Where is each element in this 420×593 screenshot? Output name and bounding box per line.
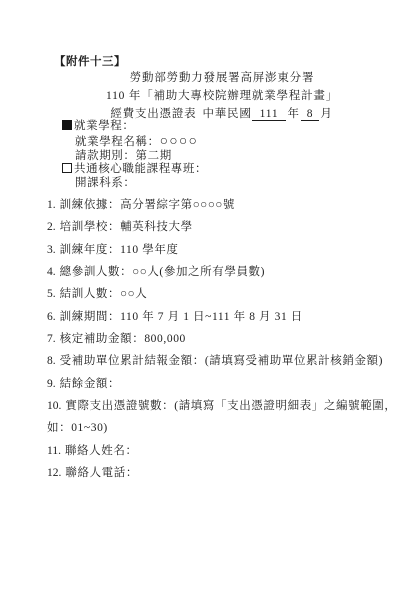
item-contact-name: 11.聯絡人姓名： [47, 440, 420, 462]
item-approved-subsidy: 7.核定補助金額：800,000 [47, 328, 420, 350]
item-cumulative-reported-amount: 8.受補助單位累計結報金額：(請填寫受補助單位累計核銷金額) [47, 350, 420, 372]
program-name-label: 就業學程名稱： [75, 136, 160, 148]
program-name-placeholder: ○○○○ [160, 133, 199, 148]
course-dept-line: 開課科系： [62, 177, 420, 191]
item-training-year: 3.訓練年度：110 學年度 [47, 239, 420, 261]
item-contact-phone: 12.聯絡人電話： [47, 462, 420, 484]
year-value: 111 [252, 108, 287, 121]
core-course-checkbox [62, 163, 72, 173]
plan-title: 110 年「補助大專校院辦理就業學程計畫」 [24, 87, 420, 105]
document-header: 勞動部勞動力發展署高屏澎東分署 110 年「補助大專校院辦理就業學程計畫」 經費… [0, 69, 420, 123]
item-training-school: 2.培訓學校：輔英科技大學 [47, 216, 420, 238]
program-name-line: 就業學程名稱：○○○○ [62, 134, 420, 150]
document-page: 【附件十三】 勞動部勞動力發展署高屏澎東分署 110 年「補助大專校院辦理就業學… [0, 0, 420, 593]
item-completed-trainees: 5.結訓人數：○○人 [47, 283, 420, 305]
agency-title: 勞動部勞動力發展署高屏澎東分署 [24, 69, 420, 87]
year-unit: 年 [287, 108, 299, 120]
era-label: 中華民國 [202, 108, 251, 120]
core-course-label: 共通核心職能課程專班： [74, 163, 207, 175]
item-training-period: 6.訓練期間：110 年 7 月 1 日~111 年 8 月 31 日 [47, 306, 420, 328]
month-unit: 月 [320, 108, 332, 120]
employment-program-checkbox [62, 120, 72, 130]
doc-title: 經費支出憑證表 [110, 108, 196, 120]
month-value: 8 [301, 108, 320, 121]
numbered-items-list: 1.訓練依據：高分署綜字第○○○○號 2.培訓學校：輔英科技大學 3.訓練年度：… [47, 194, 420, 484]
attachment-label: 【附件十三】 [54, 55, 420, 70]
item-voucher-numbers: 10.實際支出憑證號數：(請填寫「支出憑證明細表」之編號範圍，如：01~30) [47, 395, 420, 440]
program-section: 就業學程： 就業學程名稱：○○○○ 請款期別：第二期 共通核心職能課程專班： 開… [62, 120, 420, 191]
item-remaining-balance: 9.結餘金額： [47, 373, 420, 395]
item-training-basis: 1.訓練依據：高分署綜字第○○○○號 [47, 194, 420, 216]
item-total-trainees: 4.總參訓人數：○○人(參加之所有學員數) [47, 261, 420, 283]
payment-period-line: 請款期別：第二期 [62, 150, 420, 164]
core-course-row: 共通核心職能課程專班： [62, 163, 420, 177]
employment-program-label: 就業學程： [74, 120, 135, 132]
